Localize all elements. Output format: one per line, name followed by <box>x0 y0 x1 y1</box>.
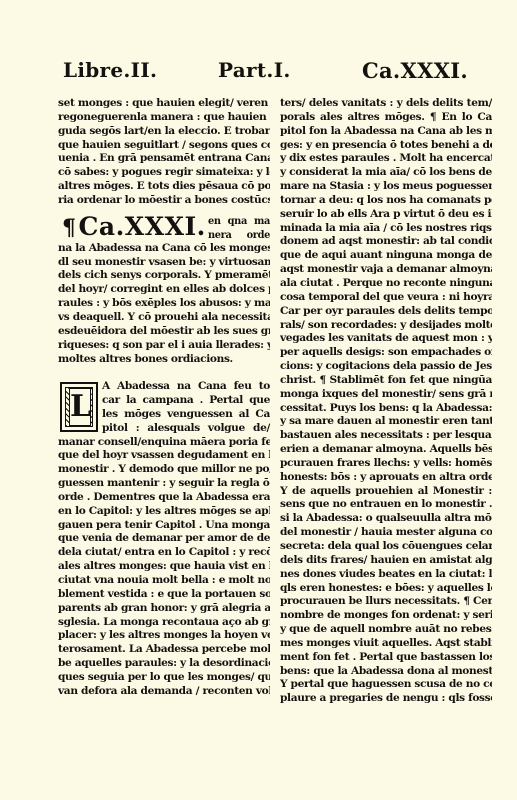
text-line: si la Abadessa: o qualseuulla altra mōga <box>280 512 492 526</box>
text-line: gauen pera tenir Capitol . Una monga <box>58 519 270 533</box>
running-header: Libre.II. Part.I. Ca.XXXI. <box>0 58 517 88</box>
text-line: en lo Capitol: y les altres mōges se apl… <box>58 505 270 519</box>
paragraph-3: manar consell/enquina māera poria fer: q… <box>58 436 270 699</box>
decorated-initial-icon: L <box>60 382 98 432</box>
text-line: honests: bōs : y aprouats en altra orde. <box>280 471 492 485</box>
text-line: plaure a pregaries de nengu : qls fossen <box>280 692 492 706</box>
paragraph-3-opening: L A Abadessa na Cana feu to car la campa… <box>58 380 270 435</box>
text-line: car la campana . Pertal que <box>102 394 270 408</box>
initial-letter: L <box>69 388 91 426</box>
chapter-heading: ¶Ca.XXXI. en qna ma nera orde <box>58 214 270 242</box>
text-line: orde . Dementres que la Abadessa era <box>58 491 270 505</box>
text-line: monestir . Y demodo que millor ne po/ <box>58 463 270 477</box>
text-line: procurauen be llurs necessitats. ¶ Cert <box>280 595 492 609</box>
text-line: pcurauen frares llechs: y vells: homēs <box>280 457 492 471</box>
text-line: nombre de monges fon ordenat: y serit: <box>280 609 492 623</box>
text-line: secreta: dela qual los cōuengues celar s… <box>280 540 492 554</box>
text-line: les mōges venguessen al Ca <box>102 408 270 422</box>
text-line: na la Abadessa na Cana cō les monges <box>58 242 270 256</box>
text-line: regoneguerenla manera : que hauien tē <box>58 111 270 125</box>
text-line: placer: y les altres monges la hoyen vol… <box>58 629 270 643</box>
text-line: y que de aquell nombre auāt no rebessen <box>280 623 492 637</box>
text-line: que hauien seguitlart / segons ques con <box>58 139 270 153</box>
text-line: mare na Stasia : y los meus poguessen <box>280 180 492 194</box>
text-line: bastauen ales necessitats : per lesquals <box>280 429 492 443</box>
text-line: altres mōges. E tots dies pēsaua cō po <box>58 180 270 194</box>
text-line: blement vestida : e que la portauen sos <box>58 588 270 602</box>
text-line: nes dones viudes beates en la ciutat: le… <box>280 568 492 582</box>
header-chapter: Ca.XXXI. <box>362 58 468 83</box>
text-line: del hoyr/ corregint en elles ab dolces p… <box>58 283 270 297</box>
text-line: Y de aquells prouehien al Monestir : <box>280 485 492 499</box>
text-line: van defora ala demanda / reconten volē <box>58 685 270 699</box>
book-page: Libre.II. Part.I. Ca.XXXI. set monges : … <box>0 0 517 800</box>
paragraph-gap <box>58 366 270 380</box>
text-line: tornar a deu: q los nos ha comanats per <box>280 194 492 208</box>
text-line: ges: y en presencia ō totes benehi a deu… <box>280 139 492 153</box>
text-line: moltes altres bones ordiacions. <box>58 353 270 367</box>
text-line: cessitat. Puys los bens: q la Abadessa: <box>280 402 492 416</box>
text-line: parents ab gran honor: y grā alegria ala <box>58 602 270 616</box>
text-line: rals/ son recordades: y desijades moltes <box>280 319 492 333</box>
pilcrow-icon: ¶ <box>62 215 77 241</box>
paragraph-1: set monges : que hauien elegit/ veren : … <box>58 97 270 208</box>
text-line: terosament. La Abadessa percebe molt <box>58 643 270 657</box>
text-line: guda segōs lart/en la eleccio. E trobarē… <box>58 125 270 139</box>
text-line: y sa mare dauen al monestir eren tants: … <box>280 415 492 429</box>
text-line: pitol : alesquals volgue de/ <box>102 422 270 436</box>
left-column: set monges : que hauien elegit/ veren : … <box>58 97 270 699</box>
text-line: set monges : que hauien elegit/ veren : … <box>58 97 270 111</box>
text-line: porals ales altres mōges. ¶ En lo Ca <box>280 111 492 125</box>
text-line: per aquells desigs: son empachades ora <box>280 346 492 360</box>
text-line: cions: y cogitacions dela passio de Jesu <box>280 360 492 374</box>
text-line: y considerat la mia aīa/ cō los bens de … <box>280 166 492 180</box>
text-line: manar consell/enquina māera poria fer: <box>58 436 270 450</box>
text-line: nera orde <box>208 229 270 243</box>
text-line: bens: que la Abadessa dona al monestir. <box>280 665 492 679</box>
text-line: dels dits frares/ hauien en amistat algu <box>280 554 492 568</box>
text-line: mes monges viuit aquelles. Aqst stabli <box>280 637 492 651</box>
text-line: A Abadessa na Cana feu to <box>102 380 270 394</box>
text-line: del monestir / hauia mester alguna cosa <box>280 526 492 540</box>
text-line: minada la mia aīa / cō les nostres riqse… <box>280 222 492 236</box>
header-book: Libre.II. <box>63 58 157 82</box>
right-column: ters/ deles vanitats : y dels delits tem… <box>280 97 492 706</box>
text-line: guessen mantenir : y seguir la regla ō l… <box>58 477 270 491</box>
text-line: seruir lo ab ells Ara p virtut ō deu es … <box>280 208 492 222</box>
text-line: ala ciutat . Perque no reconte ninguna <box>280 277 492 291</box>
text-line: que del hoyr vsassen degudament en lo <box>58 449 270 463</box>
header-part: Part.I. <box>218 58 291 82</box>
text-line: qls eren honestes: e bōes: y aquelles lo… <box>280 582 492 596</box>
text-line: donem ad aqst monestir: ab tal condicio: <box>280 235 492 249</box>
text-line: vegades les vanitats de aquest mon : y <box>280 332 492 346</box>
paragraph-2: na la Abadessa na Cana cō les monges dl … <box>58 242 270 367</box>
text-line: que de aqui auant ninguna monga de <box>280 249 492 263</box>
text-line: christ. ¶ Stablimēt fon fet que ningūa <box>280 374 492 388</box>
text-line: dl seu monestir vsasen be: y virtuosamēt <box>58 256 270 270</box>
chapter-side-text: en qna ma nera orde <box>208 215 270 243</box>
text-line: que venia de demanar per amor de deu <box>58 532 270 546</box>
text-line: Y pertal que haguessen scusa de no com <box>280 678 492 692</box>
text-line: ment fon fet . Pertal que bastassen los <box>280 651 492 665</box>
text-line: raules : y bōs exēples los abusos: y mal <box>58 297 270 311</box>
text-line: ciutat vna nouia molt bella : e molt no/ <box>58 574 270 588</box>
text-line: esdeuēidora del mōestir ab les sues grās <box>58 325 270 339</box>
text-line: ques seguia per lo que les monges/ que <box>58 671 270 685</box>
text-line: cosa temporal del que veura : ni hoyra. <box>280 291 492 305</box>
text-line: Car per oyr paraules dels delits tempo <box>280 305 492 319</box>
text-line: dela ciutat/ entra en lo Capitol : y rec… <box>58 546 270 560</box>
text-line: be aquelles paraules: y la desordinacio: <box>58 657 270 671</box>
text-line: y dix estes paraules . Molt ha encercat <box>280 152 492 166</box>
text-line: en qna ma <box>208 215 270 229</box>
chapter-label: Ca.XXXI. <box>79 212 206 241</box>
text-line: vs deaquell. Y cō prouehi ala necessitat <box>58 311 270 325</box>
text-line: ales altres monges: que hauia vist en la <box>58 560 270 574</box>
text-line: erien a demanar almoyna. Aquells bēs <box>280 443 492 457</box>
text-line: monga ixques del monestir/ sens grā ne <box>280 388 492 402</box>
text-line: cō sabes: y pogues regir simateixa: y le… <box>58 166 270 180</box>
text-line: riqueses: q son par el i auia llerades: … <box>58 339 270 353</box>
text-line: pitol fon la Abadessa na Cana ab les mō <box>280 125 492 139</box>
text-line: ria ordenar lo mōestir a bones costūcs. <box>58 194 270 208</box>
text-line: uenia . En grā pensamēt entrana Cana <box>58 152 270 166</box>
text-line: sglesia. La monga recontaua aço ab grā <box>58 616 270 630</box>
chapter-title: ¶Ca.XXXI. <box>62 212 206 243</box>
text-line: aqst monestir vaja a demanar almoyna <box>280 263 492 277</box>
text-line: dels cich senys corporals. Y pmeramēt <box>58 269 270 283</box>
text-line: ters/ deles vanitats : y dels delits tem… <box>280 97 492 111</box>
text-line: sens que no entrauen en lo monestir . E <box>280 498 492 512</box>
